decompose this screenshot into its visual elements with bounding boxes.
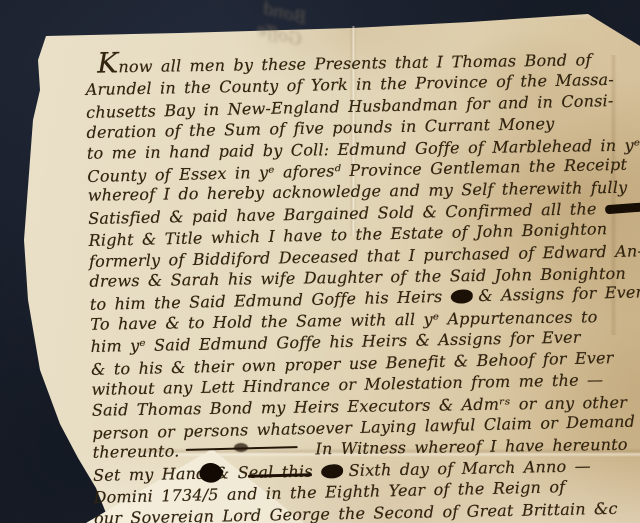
ink-blot bbox=[450, 290, 472, 304]
manuscript-text: Know all men by these Presents that I Th… bbox=[85, 40, 640, 523]
line-19-text-b: In Witness whereof I have hereunto bbox=[315, 435, 627, 459]
line-12-text-b: & Assigns for Ever bbox=[478, 283, 640, 306]
line-19-text-a: thereunto. bbox=[93, 442, 180, 462]
struck-out-word-blot bbox=[604, 202, 640, 214]
ink-smudge bbox=[234, 443, 248, 452]
photograph-of-manuscript: Bond Goffe Know all men by these Present… bbox=[0, 0, 640, 523]
ink-blot bbox=[321, 464, 343, 478]
